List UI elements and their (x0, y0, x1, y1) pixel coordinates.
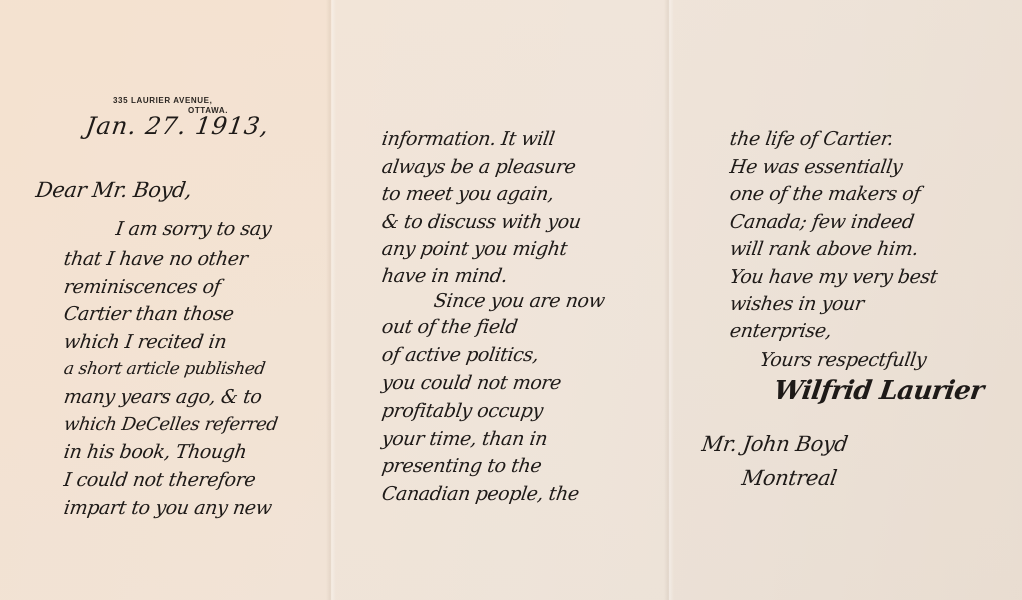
text-line: to meet you again, (380, 183, 555, 205)
text-line: Canadian people, the (380, 483, 580, 505)
text-line: your time, than in (380, 428, 548, 450)
signature: Wilfrid Laurier (772, 376, 986, 406)
text-line: enterprise, (728, 320, 832, 342)
text-line: reminiscences of (62, 276, 221, 298)
letter-date: Jan. 27. 1913, (84, 112, 271, 140)
text-line: information. It will (380, 128, 555, 150)
text-line: that I have no other (62, 248, 248, 270)
salutation: Dear Mr. Boyd, (34, 178, 193, 202)
text-line: I am sorry to say (114, 218, 272, 240)
text-line: profitably occupy (380, 400, 544, 422)
letter-scan: 335 LAURIER AVENUE, OTTAWA. Jan. 27. 191… (0, 0, 1022, 600)
addressee-name: Mr. John Boyd (700, 432, 849, 456)
text-line: any point you might (380, 238, 568, 260)
text-line: the life of Cartier. (728, 128, 894, 150)
letter-page-2: information. It will always be a pleasur… (332, 0, 670, 600)
text-line: Canada; few indeed (728, 211, 915, 233)
text-line: Since you are now (432, 290, 606, 312)
text-line: many years ago, & to (62, 386, 263, 408)
text-line: You have my very best (728, 266, 938, 288)
text-line: will rank above him. (728, 238, 919, 260)
text-line: wishes in your (728, 293, 865, 315)
text-line: which I recited in (62, 331, 227, 353)
text-line: impart to you any new (62, 497, 273, 519)
text-line: of active politics, (380, 344, 540, 366)
text-line: I could not therefore (62, 469, 256, 491)
text-line: have in mind. (380, 265, 508, 287)
text-line: in his book, Though (62, 441, 248, 463)
text-line: He was essentially (728, 156, 903, 178)
text-line: a short article published (63, 359, 267, 379)
letter-page-3: the life of Cartier. He was essentially … (670, 0, 1022, 600)
text-line: one of the makers of (728, 183, 921, 205)
closing: Yours respectfully (758, 349, 927, 371)
text-line: presenting to the (380, 455, 542, 477)
text-line: out of the field (380, 316, 518, 338)
letter-page-1: 335 LAURIER AVENUE, OTTAWA. Jan. 27. 191… (0, 0, 332, 600)
letterhead-address: 335 LAURIER AVENUE, (113, 96, 228, 106)
addressee-city: Montreal (740, 466, 838, 490)
text-line: which DeCelles referred (63, 414, 279, 435)
text-line: always be a pleasure (380, 156, 577, 178)
text-line: & to discuss with you (380, 211, 582, 233)
text-line: Cartier than those (62, 303, 235, 325)
text-line: you could not more (380, 372, 562, 394)
